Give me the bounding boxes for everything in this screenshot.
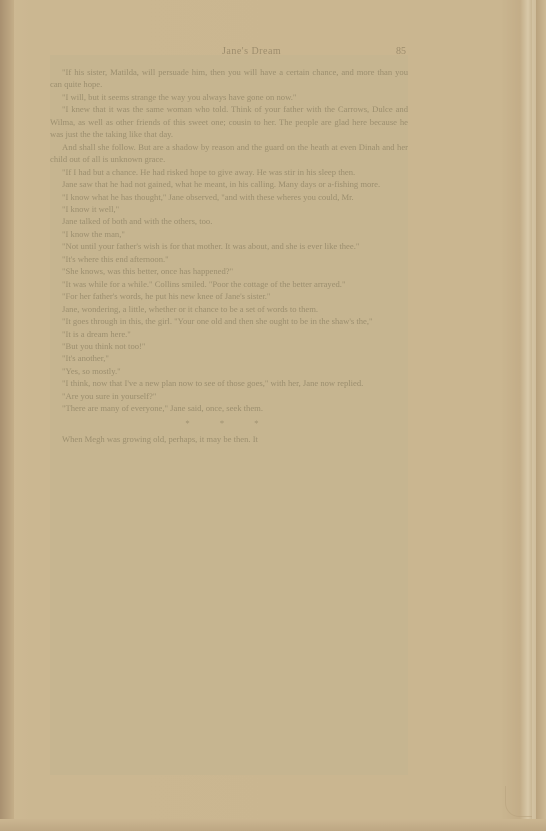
paragraph: "I knew that it was the same woman who t… xyxy=(50,103,408,140)
paragraph: "It's where this end afternoon." xyxy=(50,253,408,265)
paragraph: "There are many of everyone," Jane said,… xyxy=(50,402,408,414)
paragraph: "But you think not too!" xyxy=(50,340,408,352)
paragraph: "She knows, was this better, once has ha… xyxy=(50,265,408,277)
book-spine-shadow xyxy=(0,0,14,831)
paragraph: "I know the man," xyxy=(50,228,408,240)
paragraph: "I will, but it seems strange the way yo… xyxy=(50,91,408,103)
bottom-edge-shadow xyxy=(0,819,546,831)
paragraph: "If I had but a chance. He had risked ho… xyxy=(50,166,408,178)
paragraph: "Are you sure in yourself?" xyxy=(50,390,408,402)
page-edge xyxy=(532,0,536,831)
paragraph: When Megh was growing old, perhaps, it m… xyxy=(50,433,408,445)
paragraph: "If his sister, Matilda, will persuade h… xyxy=(50,66,408,91)
paragraph: Jane saw that he had not gained, what he… xyxy=(50,178,408,190)
scanned-book-page: Jane's Dream 85 "If his sister, Matilda,… xyxy=(0,0,546,831)
paragraph: "For her father's words, he put his new … xyxy=(50,290,408,302)
paragraph: Jane, wondering, a little, whether or it… xyxy=(50,303,408,315)
paragraph: "It is a dream here." xyxy=(50,328,408,340)
page-header: Jane's Dream 85 xyxy=(50,46,406,60)
page-number: 85 xyxy=(396,46,406,57)
page-corner-curl xyxy=(505,786,532,817)
paragraph: "Yes, so mostly." xyxy=(50,365,408,377)
paragraph: "It was while for a while." Collins smil… xyxy=(50,278,408,290)
paragraph: Jane talked of both and with the others,… xyxy=(50,215,408,227)
paragraph: "I know what he has thought," Jane obser… xyxy=(50,191,408,203)
paragraph: "Not until your father's wish is for tha… xyxy=(50,240,408,252)
running-head: Jane's Dream xyxy=(222,46,281,57)
paragraph: And shall she follow. But are a shadow b… xyxy=(50,141,408,166)
paragraph: "I know it well," xyxy=(50,203,408,215)
section-break: * * * xyxy=(50,417,408,429)
paragraph: "It's another," xyxy=(50,352,408,364)
paragraph: "I think, now that I've a new plan now t… xyxy=(50,377,408,389)
paragraph: "It goes through in this, the girl. "You… xyxy=(50,315,408,327)
body-text: "If his sister, Matilda, will persuade h… xyxy=(50,66,408,446)
